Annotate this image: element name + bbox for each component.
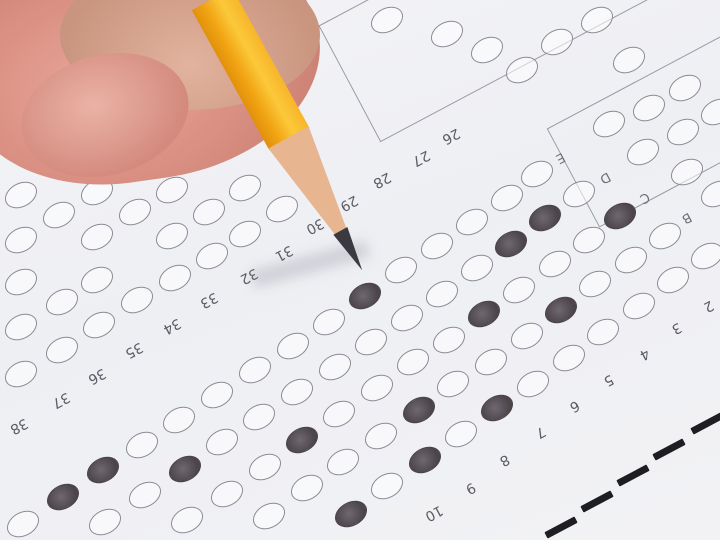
answer-bubble[interactable] — [244, 448, 285, 485]
answer-bubble-filled[interactable] — [463, 295, 504, 332]
answer-bubble[interactable] — [272, 327, 313, 364]
column-letter-b: B — [679, 209, 694, 226]
answer-bubble[interactable] — [470, 343, 511, 380]
answer-bubble[interactable] — [41, 331, 82, 368]
answer-bubble[interactable] — [486, 179, 527, 216]
answer-bubble[interactable] — [0, 355, 41, 392]
question-number: 2 — [701, 297, 716, 315]
answer-bubble[interactable] — [686, 237, 720, 274]
timing-mark — [616, 464, 649, 486]
answer-bubble[interactable] — [224, 215, 265, 252]
answer-bubble-filled[interactable] — [524, 199, 565, 236]
question-number: 33 — [197, 289, 220, 311]
answer-bubble[interactable] — [276, 373, 317, 410]
question-number: 37 — [49, 389, 72, 411]
answer-bubble[interactable] — [644, 217, 685, 254]
answer-bubble[interactable] — [582, 313, 623, 350]
answer-bubble-filled[interactable] — [82, 451, 123, 488]
answer-bubble[interactable] — [196, 376, 237, 413]
answer-bubble[interactable] — [121, 426, 162, 463]
question-number: 35 — [122, 339, 145, 361]
question-number: 27 — [409, 147, 432, 169]
answer-bubble[interactable] — [224, 169, 265, 206]
answer-bubble[interactable] — [498, 271, 539, 308]
answer-bubble[interactable] — [286, 469, 327, 506]
answer-bubble[interactable] — [154, 259, 195, 296]
answer-bubble[interactable] — [114, 193, 155, 230]
answer-bubble[interactable] — [366, 467, 407, 504]
answer-bubble[interactable] — [238, 398, 279, 435]
answer-bubble[interactable] — [76, 261, 117, 298]
answer-bubble-filled[interactable] — [281, 421, 322, 458]
answer-bubble[interactable] — [574, 265, 615, 302]
answer-bubble[interactable] — [548, 339, 589, 376]
question-number: 4 — [637, 345, 652, 363]
answer-bubble[interactable] — [360, 417, 401, 454]
answer-bubble[interactable] — [41, 283, 82, 320]
answer-bubble[interactable] — [318, 395, 359, 432]
question-number: 9 — [463, 479, 478, 497]
answer-bubble[interactable] — [2, 505, 43, 540]
answer-bubble[interactable] — [188, 193, 229, 230]
question-number: 8 — [497, 451, 512, 469]
id-bubble[interactable] — [608, 41, 649, 78]
photo-scene: E D C B 26 27 28 29 30 31 32 33 34 35 36… — [0, 0, 720, 540]
answer-bubble[interactable] — [158, 401, 199, 438]
answer-bubble[interactable] — [512, 365, 553, 402]
answer-bubble-filled[interactable] — [404, 441, 445, 478]
question-number: 3 — [669, 319, 684, 337]
answer-bubble-filled[interactable] — [398, 391, 439, 428]
answer-bubble[interactable] — [568, 221, 609, 258]
answer-bubble[interactable] — [322, 443, 363, 480]
answer-bubble[interactable] — [76, 218, 117, 255]
answer-bubble-filled[interactable] — [164, 450, 205, 487]
question-number: 38 — [7, 415, 30, 437]
timing-mark — [690, 412, 720, 434]
answer-bubble[interactable] — [440, 415, 481, 452]
answer-bubble[interactable] — [248, 497, 289, 534]
answer-bubble[interactable] — [0, 176, 41, 213]
timing-mark — [544, 516, 577, 538]
answer-bubble[interactable] — [534, 245, 575, 282]
answer-bubble-filled[interactable] — [330, 495, 371, 532]
answer-bubble[interactable] — [356, 369, 397, 406]
answer-bubble[interactable] — [116, 281, 157, 318]
question-number: 26 — [439, 125, 462, 147]
answer-bubble-filled[interactable] — [42, 478, 83, 515]
question-number: 7 — [533, 423, 548, 441]
answer-bubble[interactable] — [506, 317, 547, 354]
answer-bubble[interactable] — [314, 348, 355, 385]
question-number: 28 — [370, 169, 393, 191]
answer-bubble[interactable] — [166, 501, 207, 538]
answer-bubble[interactable] — [191, 237, 232, 274]
answer-bubble[interactable] — [416, 227, 457, 264]
question-number: 5 — [601, 371, 616, 389]
answer-bubble[interactable] — [38, 196, 79, 233]
answer-bubble[interactable] — [421, 275, 462, 312]
answer-bubble[interactable] — [0, 221, 41, 258]
answer-bubble[interactable] — [78, 306, 119, 343]
answer-bubble[interactable] — [618, 287, 659, 324]
answer-bubble[interactable] — [206, 475, 247, 512]
answer-bubble[interactable] — [652, 261, 693, 298]
answer-bubble[interactable] — [124, 476, 165, 513]
answer-bubble[interactable] — [432, 365, 473, 402]
answer-bubble[interactable] — [516, 155, 557, 192]
id-bubble[interactable] — [696, 175, 720, 212]
answer-bubble-filled[interactable] — [490, 225, 531, 262]
timing-mark — [580, 490, 613, 512]
question-number: 34 — [160, 315, 183, 337]
answer-bubble[interactable] — [451, 203, 492, 240]
answer-bubble[interactable] — [456, 249, 497, 286]
answer-bubble[interactable] — [234, 351, 275, 388]
answer-bubble[interactable] — [151, 217, 192, 254]
question-number: 6 — [567, 397, 582, 415]
answer-bubble[interactable] — [201, 423, 242, 460]
answer-bubble[interactable] — [84, 503, 125, 540]
answer-bubble[interactable] — [610, 241, 651, 278]
answer-bubble[interactable] — [308, 303, 349, 340]
answer-bubble-filled[interactable] — [476, 389, 517, 426]
question-number: 10 — [422, 502, 445, 524]
question-number: 36 — [85, 365, 108, 387]
answer-bubble[interactable] — [0, 263, 41, 300]
answer-bubble-filled[interactable] — [540, 291, 581, 328]
answer-bubble[interactable] — [0, 308, 41, 345]
timing-mark — [652, 438, 685, 460]
